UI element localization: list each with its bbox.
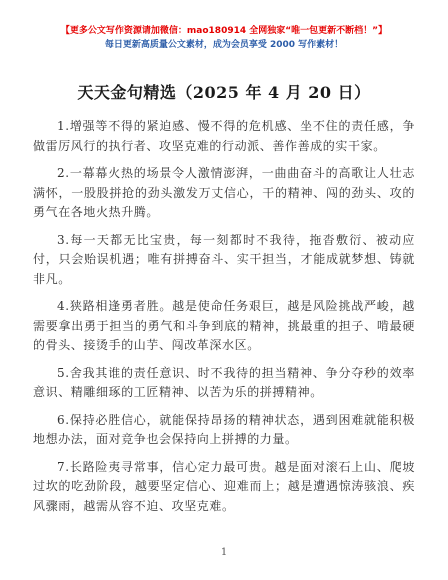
paragraph-2: 2.一幕幕火热的场景令人激情澎湃，一曲曲奋斗的高歌让人壮志满怀，一股股拼抢的劲头… bbox=[33, 164, 415, 223]
paragraph-1: 1.增强等不得的紧迫感、慢不得的危机感、坐不住的责任感，争做雷厉风行的执行者、攻… bbox=[33, 117, 415, 156]
paragraph-3: 3.每一天都无比宝贵，每一刻都时不我待，拖沓敷衍、被动应付，只会贻误机遇；唯有拼… bbox=[33, 231, 415, 290]
document-body: 1.增强等不得的紧迫感、慢不得的危机感、坐不住的责任感，争做雷厉风行的执行者、攻… bbox=[33, 117, 415, 516]
paragraph-7: 7.长路险夷寻常事，信心定力最可贵。越是面对滚石上山、爬坡过坎的吃劲阶段，越要坚… bbox=[33, 458, 415, 517]
document-page: 【更多公文写作资源请加微信：mao180914 全网独家“唯一包更新不断档！”】… bbox=[0, 0, 448, 580]
watermark-line-red: 【更多公文写作资源请加微信：mao180914 全网独家“唯一包更新不断档！”】 bbox=[0, 24, 448, 38]
paragraph-6: 6.保持必胜信心，就能保持昂扬的精神状态，遇到困难就能积极地想办法，面对竞争也会… bbox=[33, 411, 415, 450]
page-number: 1 bbox=[0, 547, 448, 558]
watermark-line-blue: 每日更新高质量公文素材，成为会员享受 2000 写作素材！ bbox=[0, 38, 448, 52]
page-title: 天天金句精选（2025 年 4 月 20 日） bbox=[0, 80, 448, 103]
watermark-header: 【更多公文写作资源请加微信：mao180914 全网独家“唯一包更新不断档！”】… bbox=[0, 0, 448, 52]
paragraph-4: 4.狭路相逢勇者胜。越是使命任务艰巨，越是风险挑战严峻，越需要拿出勇于担当的勇气… bbox=[33, 297, 415, 356]
paragraph-5: 5.舍我其谁的责任意识、时不我待的担当精神、争分夺秒的效率意识、精雕细琢的工匠精… bbox=[33, 364, 415, 403]
